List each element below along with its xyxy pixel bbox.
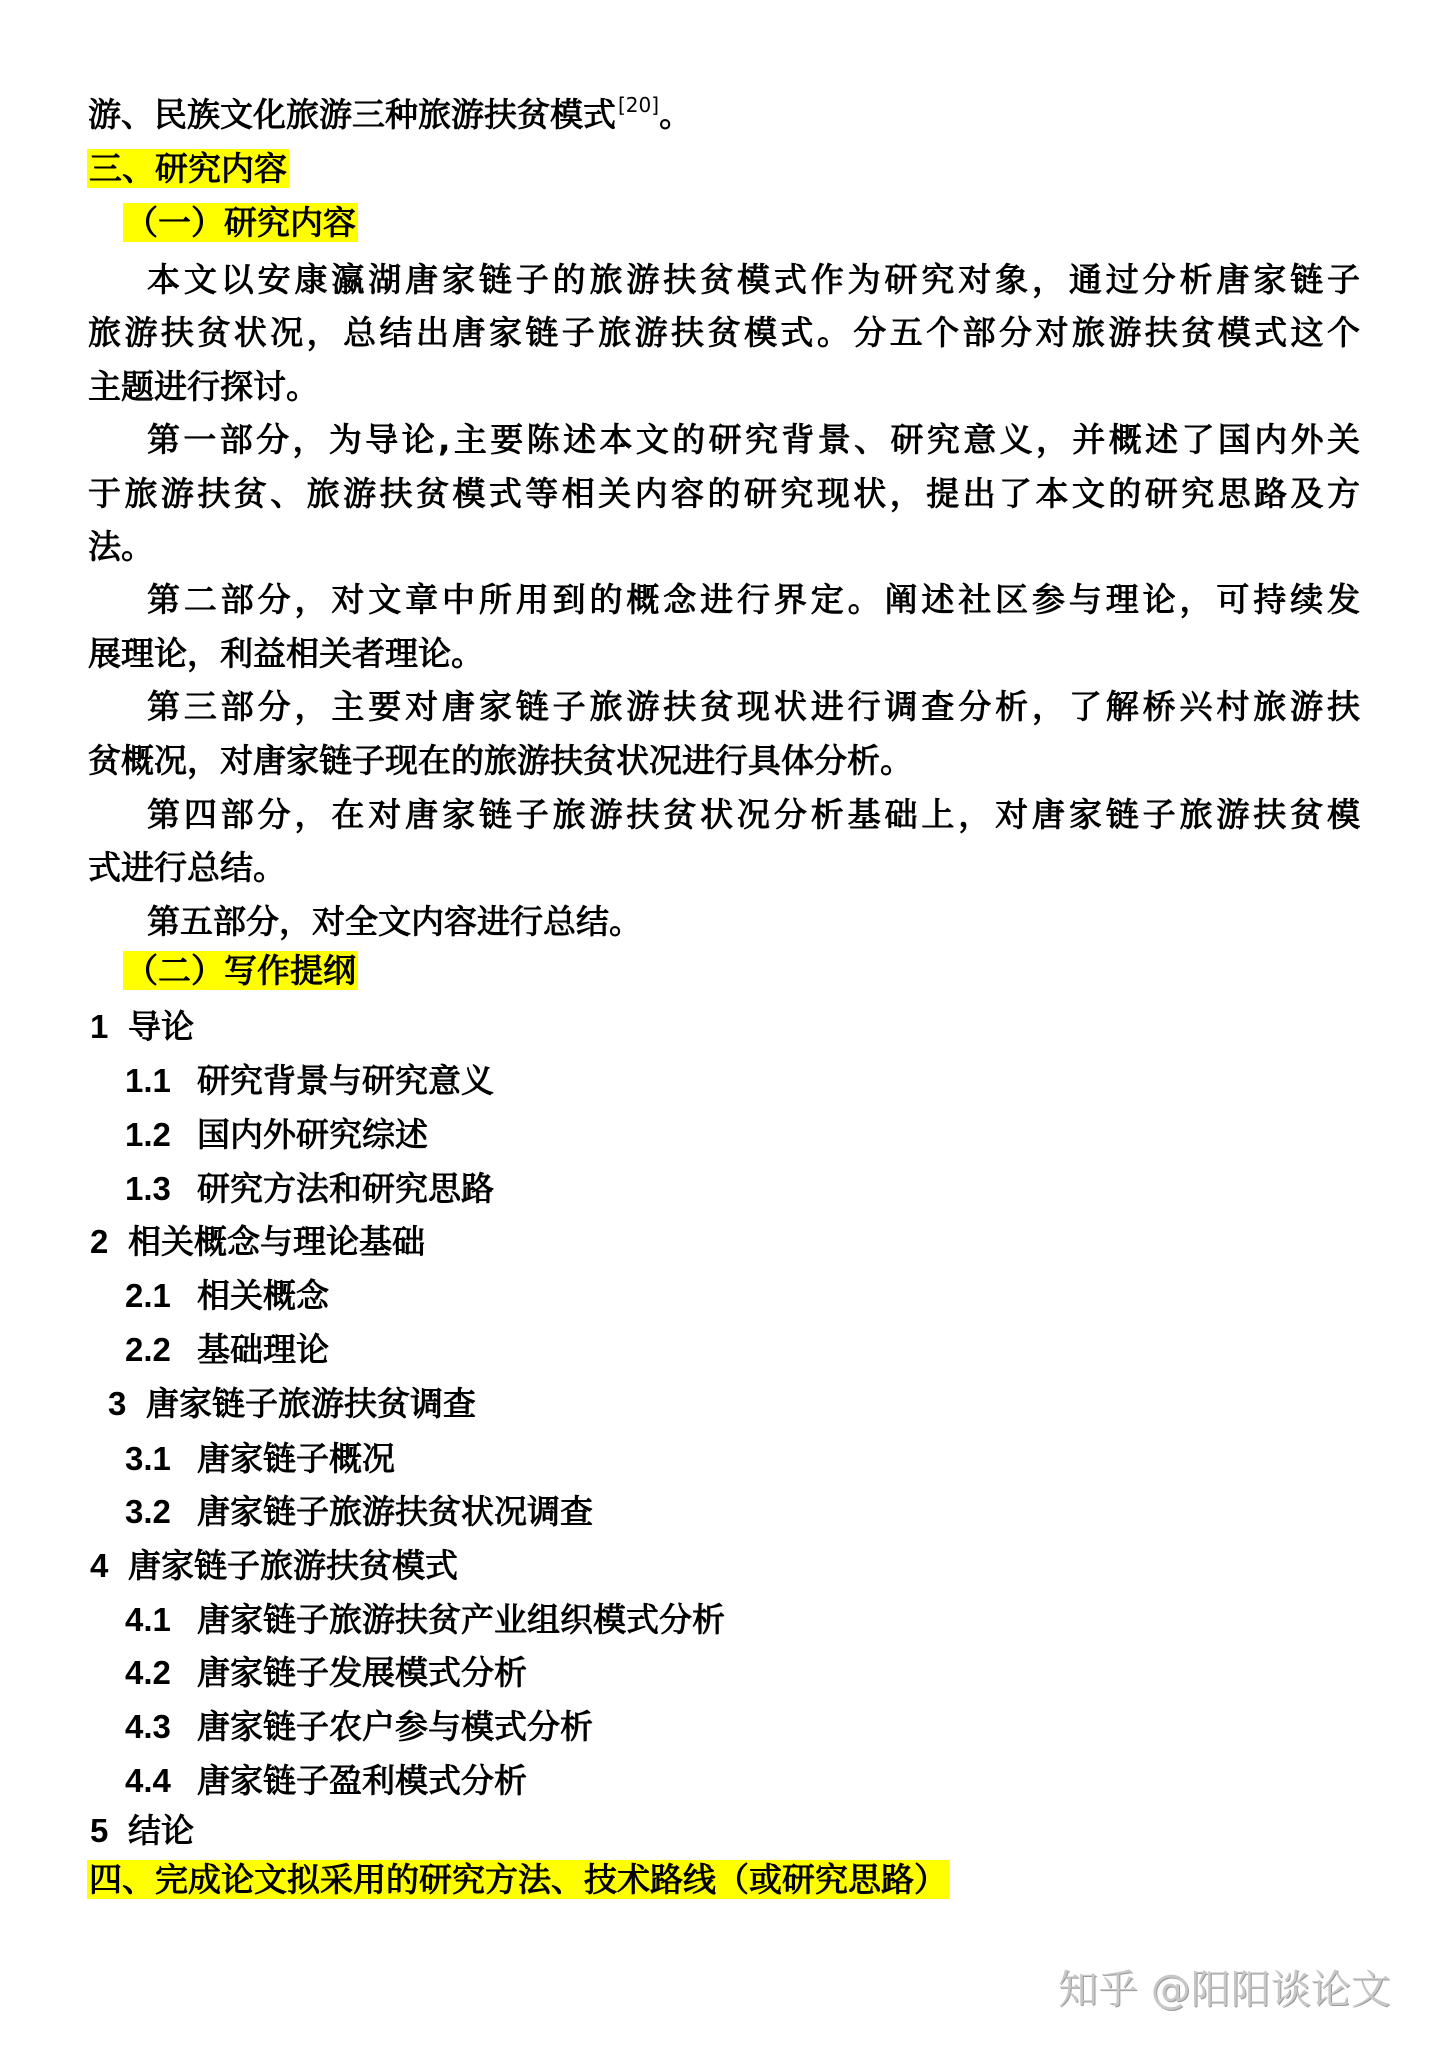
zhihu-watermark: 知乎 @阳阳谈论文	[1058, 1960, 1391, 2020]
outline-title: 相关概念	[197, 1276, 329, 1315]
outline-number: 4.3	[125, 1700, 197, 1754]
outline-title: 基础理论	[197, 1330, 329, 1369]
outline-item-4: 4唐家链子旅游扶贫模式	[90, 1539, 458, 1593]
paragraph-intro-line-1: 本文以安康瀛湖唐家链子的旅游扶贫模式作为研究对象，通过分析唐家链子	[147, 253, 1360, 307]
outline-item-3: 3唐家链子旅游扶贫调查	[108, 1377, 476, 1431]
outline-title: 唐家链子旅游扶贫模式	[128, 1546, 458, 1585]
outline-title: 唐家链子概况	[197, 1439, 395, 1478]
section-three-heading-row: 三、研究内容	[87, 142, 289, 196]
outline-number: 3.2	[125, 1485, 197, 1539]
outline-item-3-2: 3.2唐家链子旅游扶贫状况调查	[125, 1485, 593, 1539]
paragraph-part-one-line-2: 于旅游扶贫、旅游扶贫模式等相关内容的研究现状，提出了本文的研究思路及方	[88, 467, 1360, 521]
outline-number: 4.2	[125, 1646, 197, 1700]
outline-item-5: 5结论	[90, 1804, 194, 1858]
outline-title: 唐家链子发展模式分析	[197, 1653, 527, 1692]
subsection-one-heading: （一）研究内容	[123, 203, 358, 242]
section-three-heading: 三、研究内容	[87, 149, 289, 188]
section-four-heading-row: 四、完成论文拟采用的研究方法、技术路线（或研究思路）	[87, 1853, 949, 1907]
section-four-heading: 四、完成论文拟采用的研究方法、技术路线（或研究思路）	[87, 1860, 949, 1899]
outline-item-4-2: 4.2唐家链子发展模式分析	[125, 1646, 527, 1700]
outline-number: 2.2	[125, 1323, 197, 1377]
paragraph-intro-line-2: 旅游扶贫状况，总结出唐家链子旅游扶贫模式。分五个部分对旅游扶贫模式这个	[88, 306, 1360, 360]
outline-title: 唐家链子农户参与模式分析	[197, 1707, 593, 1746]
subsection-two-heading: （二）写作提纲	[123, 951, 358, 990]
outline-title: 导论	[128, 1007, 194, 1046]
outline-item-1-2: 1.2国内外研究综述	[125, 1108, 428, 1162]
outline-number: 1.1	[125, 1054, 197, 1108]
outline-item-4-1: 4.1唐家链子旅游扶贫产业组织模式分析	[125, 1593, 725, 1647]
paragraph-part-four-line-1: 第四部分，在对唐家链子旅游扶贫状况分析基础上，对唐家链子旅游扶贫模	[147, 788, 1360, 842]
paragraph-part-three-line-2: 贫概况，对唐家链子现在的旅游扶贫状况进行具体分析。	[88, 734, 1360, 788]
outline-number: 4	[90, 1539, 128, 1593]
outline-item-2-1: 2.1相关概念	[125, 1269, 329, 1323]
outline-item-1-3: 1.3研究方法和研究思路	[125, 1162, 494, 1216]
outline-title: 唐家链子盈利模式分析	[197, 1761, 527, 1800]
outline-title: 唐家链子旅游扶贫产业组织模式分析	[197, 1600, 725, 1639]
citation-ref[interactable]: [20]	[618, 93, 659, 117]
outline-number: 4.4	[125, 1754, 197, 1808]
outline-number: 3	[108, 1377, 146, 1431]
outline-title: 相关概念与理论基础	[128, 1222, 425, 1261]
outline-number: 5	[90, 1804, 128, 1858]
paragraph-part-four-line-2: 式进行总结。	[88, 841, 1360, 895]
paragraph-part-two-line-2: 展理论，利益相关者理论。	[88, 627, 1360, 681]
outline-number: 4.1	[125, 1593, 197, 1647]
outline-number: 1.3	[125, 1162, 197, 1216]
outline-title: 唐家链子旅游扶贫调查	[146, 1384, 476, 1423]
outline-item-1-1: 1.1研究背景与研究意义	[125, 1054, 494, 1108]
outline-title: 研究背景与研究意义	[197, 1061, 494, 1100]
paragraph-part-three-line-1: 第三部分，主要对唐家链子旅游扶贫现状进行调查分析，了解桥兴村旅游扶	[147, 680, 1360, 734]
outline-item-4-4: 4.4唐家链子盈利模式分析	[125, 1754, 527, 1808]
outline-number: 2	[90, 1215, 128, 1269]
outline-title: 研究方法和研究思路	[197, 1169, 494, 1208]
continuation-end: 。	[659, 95, 692, 134]
continuation-text: 游、民族文化旅游三种旅游扶贫模式	[88, 95, 616, 134]
outline-number: 2.1	[125, 1269, 197, 1323]
outline-item-2: 2相关概念与理论基础	[90, 1215, 425, 1269]
outline-number: 1.2	[125, 1108, 197, 1162]
subsection-one-heading-row: （一）研究内容	[123, 196, 358, 250]
document-page: 游、民族文化旅游三种旅游扶贫模式[20]。 三、研究内容 （一）研究内容 本文以…	[0, 0, 1448, 2048]
outline-number: 3.1	[125, 1432, 197, 1486]
outline-item-4-3: 4.3唐家链子农户参与模式分析	[125, 1700, 593, 1754]
outline-item-3-1: 3.1唐家链子概况	[125, 1432, 395, 1486]
outline-title: 唐家链子旅游扶贫状况调查	[197, 1492, 593, 1531]
continuation-line: 游、民族文化旅游三种旅游扶贫模式[20]。	[88, 88, 1360, 142]
outline-item-2-2: 2.2基础理论	[125, 1323, 329, 1377]
paragraph-part-two-line-1: 第二部分，对文章中所用到的概念进行界定。阐述社区参与理论，可持续发	[147, 573, 1360, 627]
outline-title: 国内外研究综述	[197, 1115, 428, 1154]
subsection-two-heading-row: （二）写作提纲	[123, 944, 358, 998]
paragraph-part-five-line-1: 第五部分，对全文内容进行总结。	[147, 895, 1360, 949]
outline-number: 1	[90, 1000, 128, 1054]
outline-title: 结论	[128, 1811, 194, 1850]
outline-item-1: 1导论	[90, 1000, 194, 1054]
paragraph-part-one-line-1: 第一部分，为导论,主要陈述本文的研究背景、研究意义，并概述了国内外关	[147, 413, 1360, 467]
paragraph-intro-line-3: 主题进行探讨。	[88, 360, 1360, 414]
paragraph-part-one-line-3: 法。	[88, 520, 1360, 574]
